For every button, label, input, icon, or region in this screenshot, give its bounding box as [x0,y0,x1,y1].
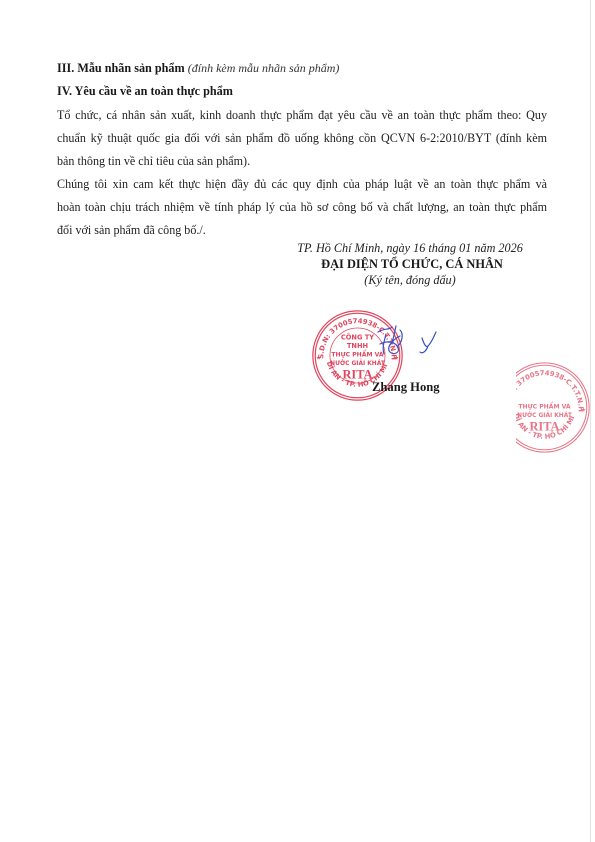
signature-icon [370,322,445,362]
section-3-title: III. Mẫu nhãn sản phẩm [57,61,185,75]
paragraph-line: bản thông tin về chỉ tiêu của sản phẩm). [57,150,547,173]
place-date: TP. Hồ Chí Minh, ngày 16 tháng 01 năm 20… [270,240,550,256]
paragraph-line: Chúng tôi xin cam kết thực hiện đầy đủ c… [57,173,547,196]
svg-text:NƯỚC GIẢI KHÁT: NƯỚC GIẢI KHÁT [517,411,572,419]
sign-note: (Ký tên, đóng dấu) [270,272,550,288]
representative-title: ĐẠI DIỆN TỔ CHỨC, CÁ NHÂN [270,256,550,272]
svg-text:RITA: RITA [343,367,373,381]
section-3-note: (đính kèm mẫu nhãn sản phẩm) [188,61,340,75]
commitment-paragraph: Chúng tôi xin cam kết thực hiện đầy đủ c… [57,173,547,242]
paragraph-line: hoàn toàn chịu trách nhiệm về tính pháp … [57,196,547,219]
svg-text:★: ★ [316,354,321,361]
paragraph-line: Tổ chức, cá nhân sản xuất, kinh doanh th… [57,104,547,127]
svg-text:RITA: RITA [530,419,560,433]
svg-text:★: ★ [581,406,586,413]
food-safety-paragraph: Tổ chức, cá nhân sản xuất, kinh doanh th… [57,104,547,173]
partial-stamp-icon: M.S.D.N: 3700574938-C.T.T.N.H.H P. DĨ AN… [497,360,592,455]
section-4-heading: IV. Yêu cầu về an toàn thực phẩm [57,84,233,99]
paragraph-line: đối với sản phẩm đã công bố./. [57,219,547,242]
paragraph-line: chuẩn kỹ thuật quốc gia đối với sản phẩm… [57,127,547,150]
signer-name: Zhang Hong [372,380,440,395]
svg-text:THỰC PHẨM VÀ: THỰC PHẨM VÀ [518,400,571,410]
section-3-heading: III. Mẫu nhãn sản phẩm (đính kèm mẫu nhã… [57,61,339,76]
signature-block: TP. Hồ Chí Minh, ngày 16 tháng 01 năm 20… [270,240,550,288]
svg-text:TNHH: TNHH [347,342,368,350]
